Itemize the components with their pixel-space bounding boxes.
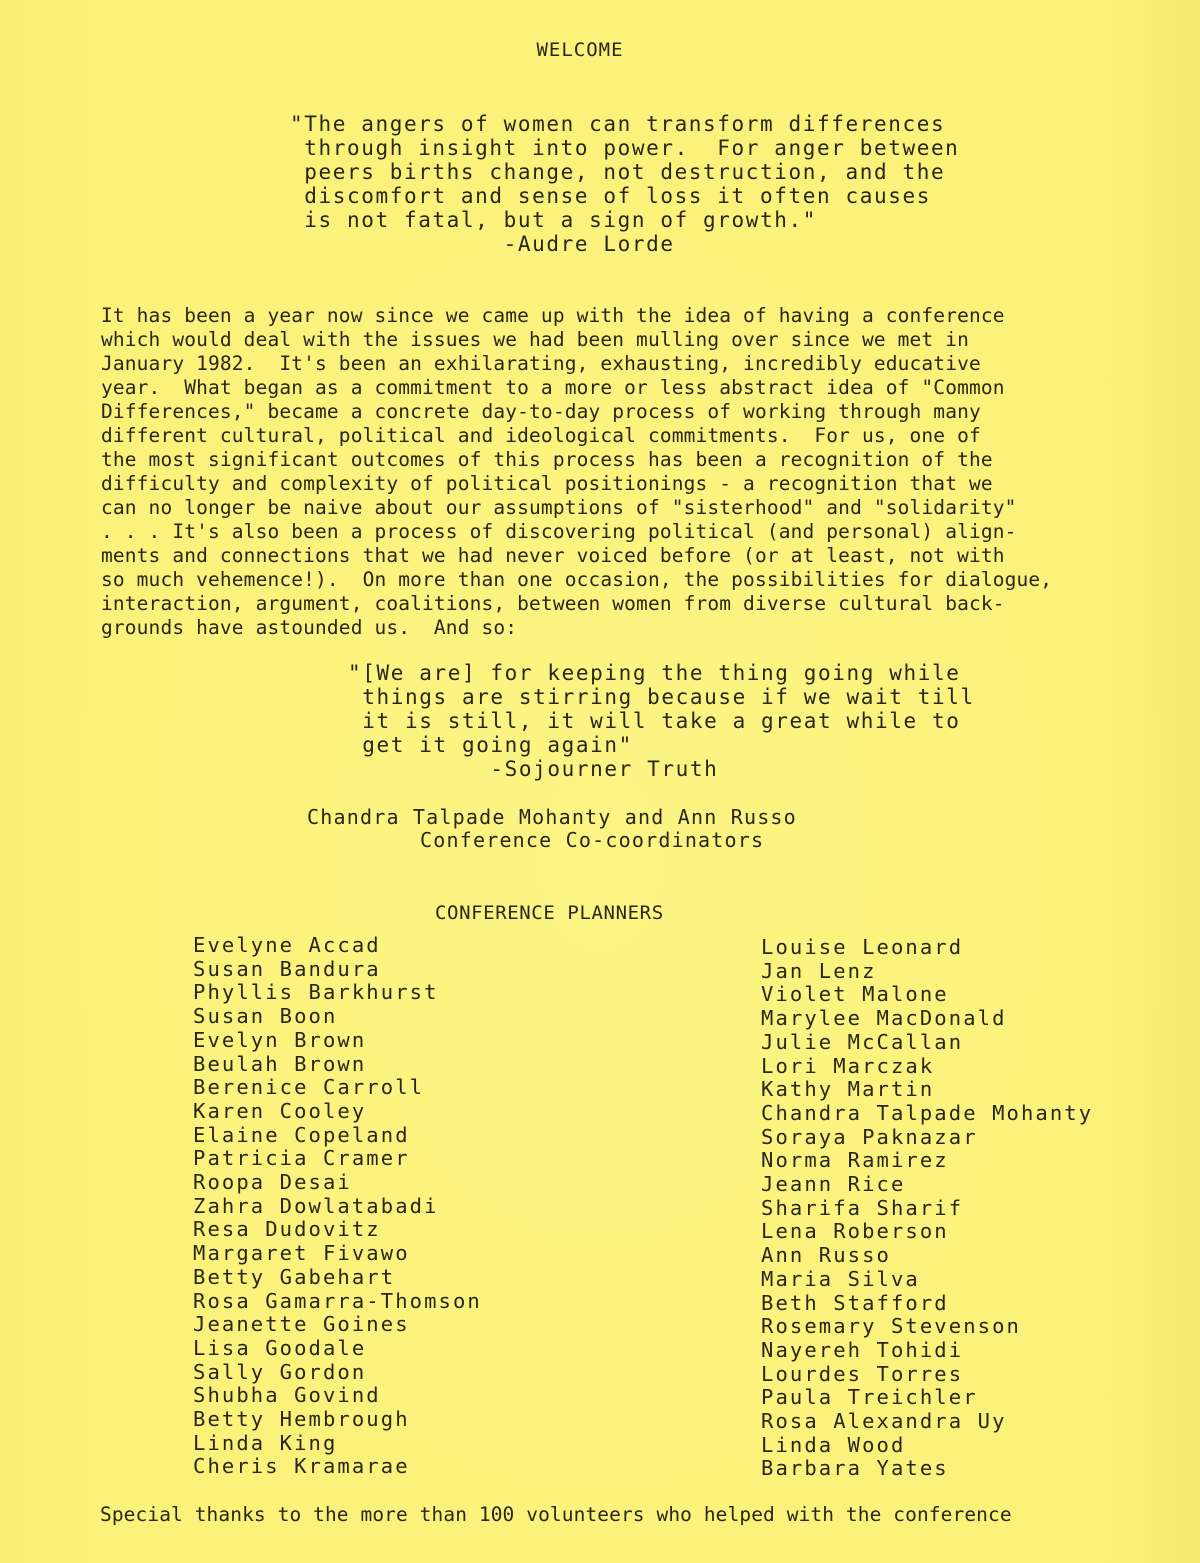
page-title: WELCOME [0,38,1160,62]
planner-name: Beth Stafford [761,1292,1093,1316]
planner-name: Roopa Desai [193,1171,482,1195]
paragraph-line: . . . It's also been a process of discov… [101,520,1052,544]
planner-name: Norma Ramirez [761,1149,1093,1173]
planner-name: Jeanette Goines [193,1313,482,1337]
planner-name: Louise Leonard [761,936,1093,960]
paragraph-line: It has been a year now since we came up … [101,304,1052,328]
planner-name: Rosa Gamarra-Thomson [193,1290,482,1314]
epigraph-line: discomfort and sense of loss it often ca… [290,184,959,208]
quote-line: get it going again" [348,733,975,757]
paragraph-line: ments and connections that we had never … [101,544,1052,568]
planners-list-right: Louise LeonardJan LenzViolet MaloneMaryl… [761,936,1093,1481]
document-page: WELCOME "The angers of women can transfo… [0,0,1200,1563]
paragraph-line: which would deal with the issues we had … [101,328,1052,352]
planner-name: Cheris Kramarae [193,1455,482,1479]
planner-name: Berenice Carroll [193,1076,482,1100]
planner-name: Rosa Alexandra Uy [761,1410,1093,1434]
planner-name: Margaret Fivawo [193,1242,482,1266]
planner-name: Susan Bandura [193,958,482,982]
planner-name: Lisa Goodale [193,1337,482,1361]
welcome-paragraph: It has been a year now since we came up … [101,304,1052,640]
planner-name: Soraya Paknazar [761,1126,1093,1150]
planner-name: Betty Gabehart [193,1266,482,1290]
paragraph-line: different cultural, political and ideolo… [101,424,1052,448]
epigraph-audre-lorde: "The angers of women can transform diffe… [290,112,959,256]
planner-name: Linda Wood [761,1434,1093,1458]
planner-name: Evelyn Brown [193,1029,482,1053]
volunteers-thanks: Special thanks to the more than 100 volu… [100,1503,1012,1527]
paragraph-line: January 1982. It's been an exhilarating,… [101,352,1052,376]
planners-heading: CONFERENCE PLANNERS [435,901,664,925]
planner-name: Barbara Yates [761,1457,1093,1481]
epigraph-line: -Audre Lorde [290,232,959,256]
planner-name: Betty Hembrough [193,1408,482,1432]
epigraph-line: peers births change, not destruction, an… [290,160,959,184]
coordinators-role: Conference Co-coordinators [420,828,764,852]
planner-name: Karen Cooley [193,1100,482,1124]
planner-name: Lena Roberson [761,1220,1093,1244]
paragraph-line: so much vehemence!). On more than one oc… [101,568,1052,592]
quote-line: "[We are] for keeping the thing going wh… [348,661,975,685]
planner-name: Maria Silva [761,1268,1093,1292]
planner-name: Susan Boon [193,1005,482,1029]
planner-name: Evelyne Accad [193,934,482,958]
planner-name: Elaine Copeland [193,1124,482,1148]
quote-line: -Sojourner Truth [348,757,975,781]
planner-name: Chandra Talpade Mohanty [761,1102,1093,1126]
planner-name: Ann Russo [761,1244,1093,1268]
planner-name: Zahra Dowlatabadi [193,1195,482,1219]
planner-name: Shubha Govind [193,1384,482,1408]
planner-name: Violet Malone [761,983,1093,1007]
quote-line: it is still, it will take a great while … [348,709,975,733]
planner-name: Marylee MacDonald [761,1007,1093,1031]
epigraph-line: through insight into power. For anger be… [290,136,959,160]
paragraph-line: grounds have astounded us. And so: [101,616,1052,640]
planner-name: Kathy Martin [761,1078,1093,1102]
coordinators-names: Chandra Talpade Mohanty and Ann Russo [307,805,797,829]
epigraph-line: "The angers of women can transform diffe… [290,112,959,136]
closing-quote-sojourner-truth: "[We are] for keeping the thing going wh… [348,661,975,781]
planner-name: Beulah Brown [193,1053,482,1077]
planner-name: Jeann Rice [761,1173,1093,1197]
paragraph-line: the most significant outcomes of this pr… [101,448,1052,472]
planner-name: Julie McCallan [761,1031,1093,1055]
planner-name: Phyllis Barkhurst [193,981,482,1005]
paragraph-line: year. What began as a commitment to a mo… [101,376,1052,400]
paragraph-line: difficulty and complexity of political p… [101,472,1052,496]
planner-name: Paula Treichler [761,1386,1093,1410]
paragraph-line: Differences," became a concrete day-to-d… [101,400,1052,424]
planner-name: Sharifa Sharif [761,1197,1093,1221]
epigraph-line: is not fatal, but a sign of growth." [290,208,959,232]
planners-list-left: Evelyne AccadSusan BanduraPhyllis Barkhu… [193,934,482,1479]
paragraph-line: can no longer be naive about our assumpt… [101,496,1052,520]
planner-name: Resa Dudovitz [193,1218,482,1242]
planner-name: Lourdes Torres [761,1363,1093,1387]
planner-name: Linda King [193,1432,482,1456]
planner-name: Nayereh Tohidi [761,1339,1093,1363]
planner-name: Rosemary Stevenson [761,1315,1093,1339]
planner-name: Patricia Cramer [193,1147,482,1171]
planner-name: Jan Lenz [761,960,1093,984]
planner-name: Sally Gordon [193,1361,482,1385]
paragraph-line: interaction, argument, coalitions, betwe… [101,592,1052,616]
quote-line: things are stirring because if we wait t… [348,685,975,709]
planner-name: Lori Marczak [761,1055,1093,1079]
